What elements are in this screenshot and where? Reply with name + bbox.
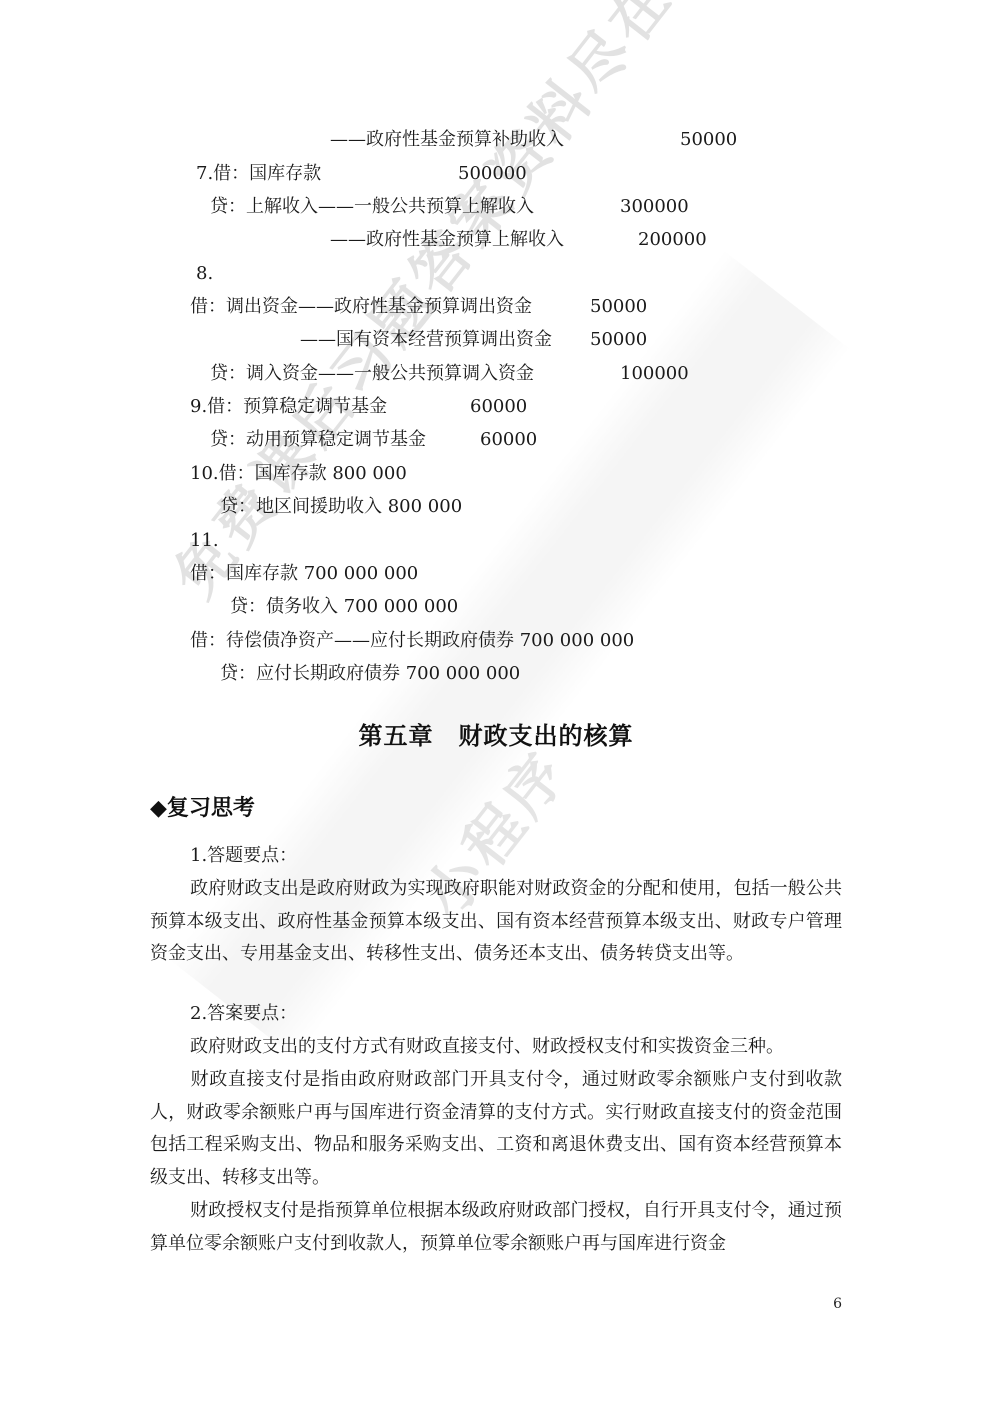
entry-8-credit-amount: 100000: [620, 362, 689, 386]
entry-8-debit-amount: 50000: [590, 295, 647, 319]
question-2-answer-p2: 财政直接支付是指由政府财政部门开具支付令，通过财政零余额账户支付到收款人，财政零…: [150, 1064, 842, 1194]
entry-sub-account: ——政府性基金预算补助收入: [330, 128, 564, 152]
entry-8-credit: 贷：调入资金——一般公共预算调入资金: [210, 362, 534, 386]
entry-8-number: 8.: [196, 262, 213, 286]
question-1-label: 1.答题要点：: [150, 840, 842, 873]
entry-11-debit-1: 借：国库存款 700 000 000: [190, 562, 418, 586]
question-2-answer-p1: 政府财政支出的支付方式有财政直接支付、财政授权支付和实拨资金三种。: [150, 1031, 842, 1064]
entry-10-debit: 10.借：国库存款 800 000: [190, 462, 407, 486]
entry-9-credit-amount: 60000: [480, 428, 537, 452]
entry-9-debit: 9.借：预算稳定调节基金: [190, 395, 387, 419]
page-number: 6: [833, 1296, 842, 1312]
entry-11-credit-2: 贷：应付长期政府债券 700 000 000: [220, 662, 520, 686]
question-2-answer-p3: 财政授权支付是指预算单位根据本级政府财政部门授权，自行开具支付令，通过预算单位零…: [150, 1195, 842, 1260]
chapter-title: 第五章 财政支出的核算: [0, 720, 992, 752]
entry-11-debit-2: 借：待偿债净资产——应付长期政府债券 700 000 000: [190, 629, 634, 653]
entry-11-credit-1: 贷：债务收入 700 000 000: [230, 595, 458, 619]
entry-8-debit-sub-amount: 50000: [590, 328, 647, 352]
entry-7-credit-sub-amount: 200000: [638, 228, 707, 252]
question-1-answer: 政府财政支出是政府财政为实现政府职能对财政资金的分配和使用，包括一般公共预算本级…: [150, 873, 842, 971]
entry-7-credit-sub: ——政府性基金预算上解收入: [330, 228, 564, 252]
entry-9-credit: 贷：动用预算稳定调节基金: [210, 428, 426, 452]
entry-11-number: 11.: [190, 529, 219, 553]
entry-7-credit: 贷：上解收入——一般公共预算上解收入: [210, 195, 534, 219]
entry-7-debit-amount: 500000: [458, 162, 527, 186]
entry-7-credit-amount: 300000: [620, 195, 689, 219]
entry-8-debit-sub: ——国有资本经营预算调出资金: [300, 328, 552, 352]
document-page: 免费课后习题答案资料尽在 小程序 ——政府性基金预算补助收入 50000 7.借…: [0, 0, 992, 1403]
entry-10-credit: 贷：地区间援助收入 800 000: [220, 495, 462, 519]
entry-8-debit: 借：调出资金——政府性基金预算调出资金: [190, 295, 532, 319]
entry-7-debit: 7.借：国库存款: [196, 162, 321, 186]
entry-amount: 50000: [680, 128, 737, 152]
entry-9-debit-amount: 60000: [470, 395, 527, 419]
section-heading: ◆复习思考: [150, 794, 255, 824]
question-2-label: 2.答案要点：: [150, 998, 842, 1031]
